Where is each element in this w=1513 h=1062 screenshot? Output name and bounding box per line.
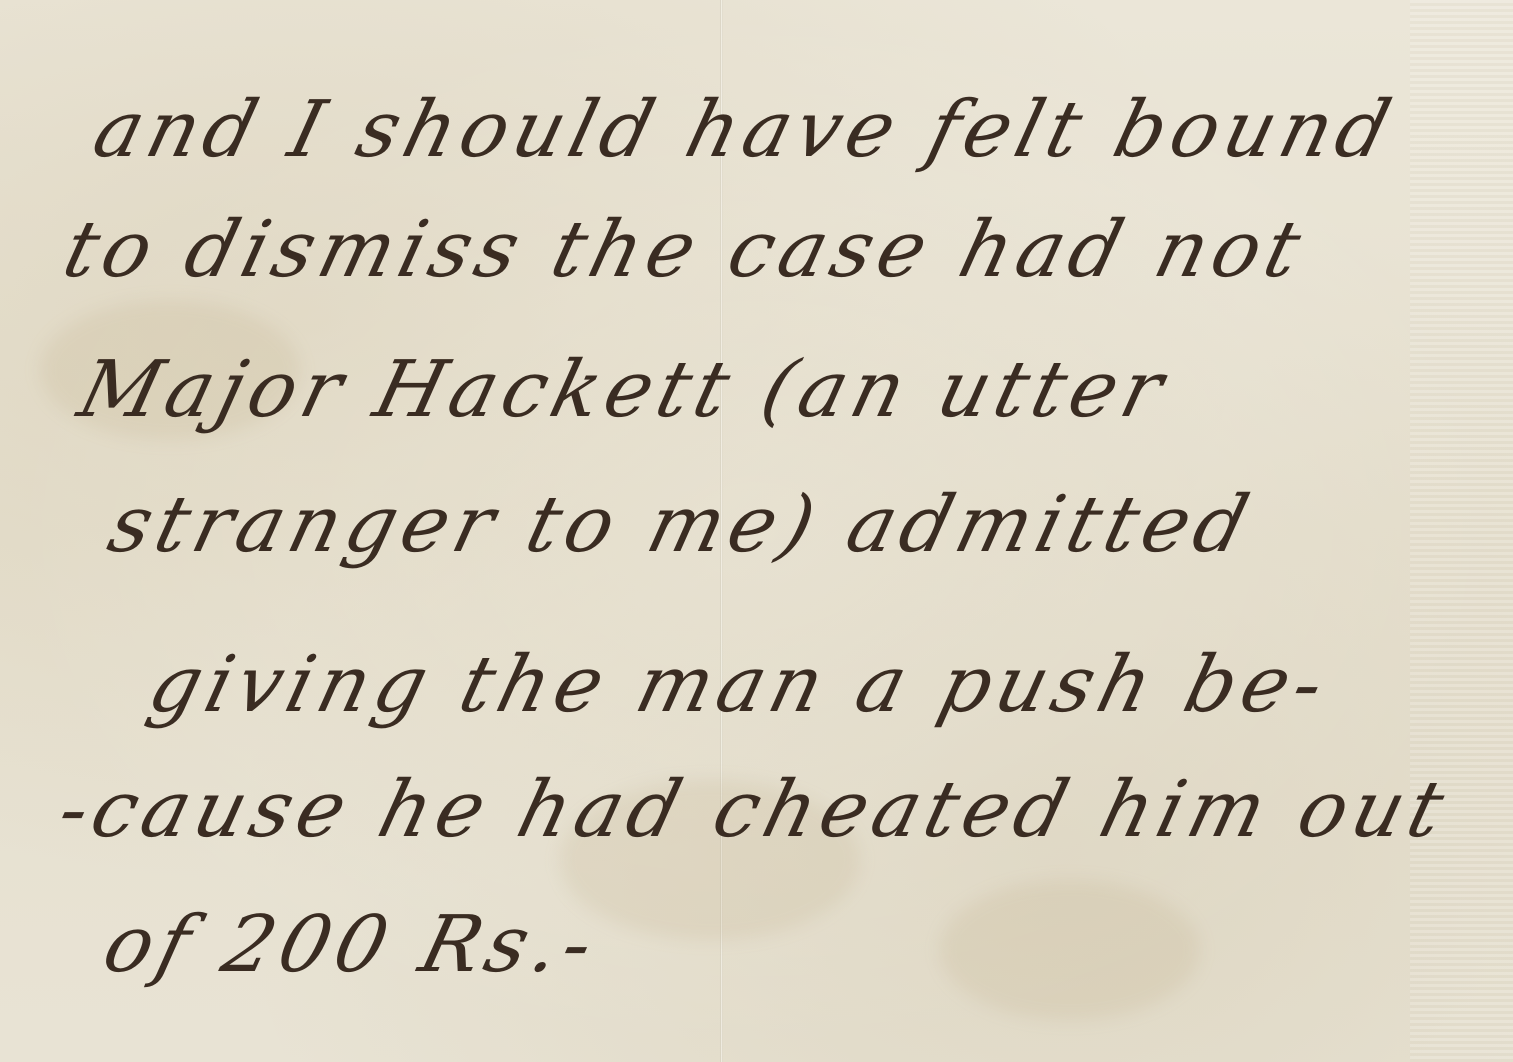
paper-stain bbox=[940, 880, 1200, 1020]
handwritten-line: Major Hackett (an utter bbox=[70, 345, 1177, 435]
handwritten-line: of 200 Rs.- bbox=[95, 900, 608, 990]
handwritten-line: -cause he had cheated him out bbox=[50, 765, 1458, 855]
handwritten-line: to dismiss the case had not bbox=[55, 205, 1315, 295]
handwritten-line: and I should have felt bound bbox=[85, 85, 1405, 175]
handwritten-line: giving the man a push be- bbox=[140, 640, 1338, 730]
handwritten-line: stranger to me) admitted bbox=[100, 480, 1263, 570]
